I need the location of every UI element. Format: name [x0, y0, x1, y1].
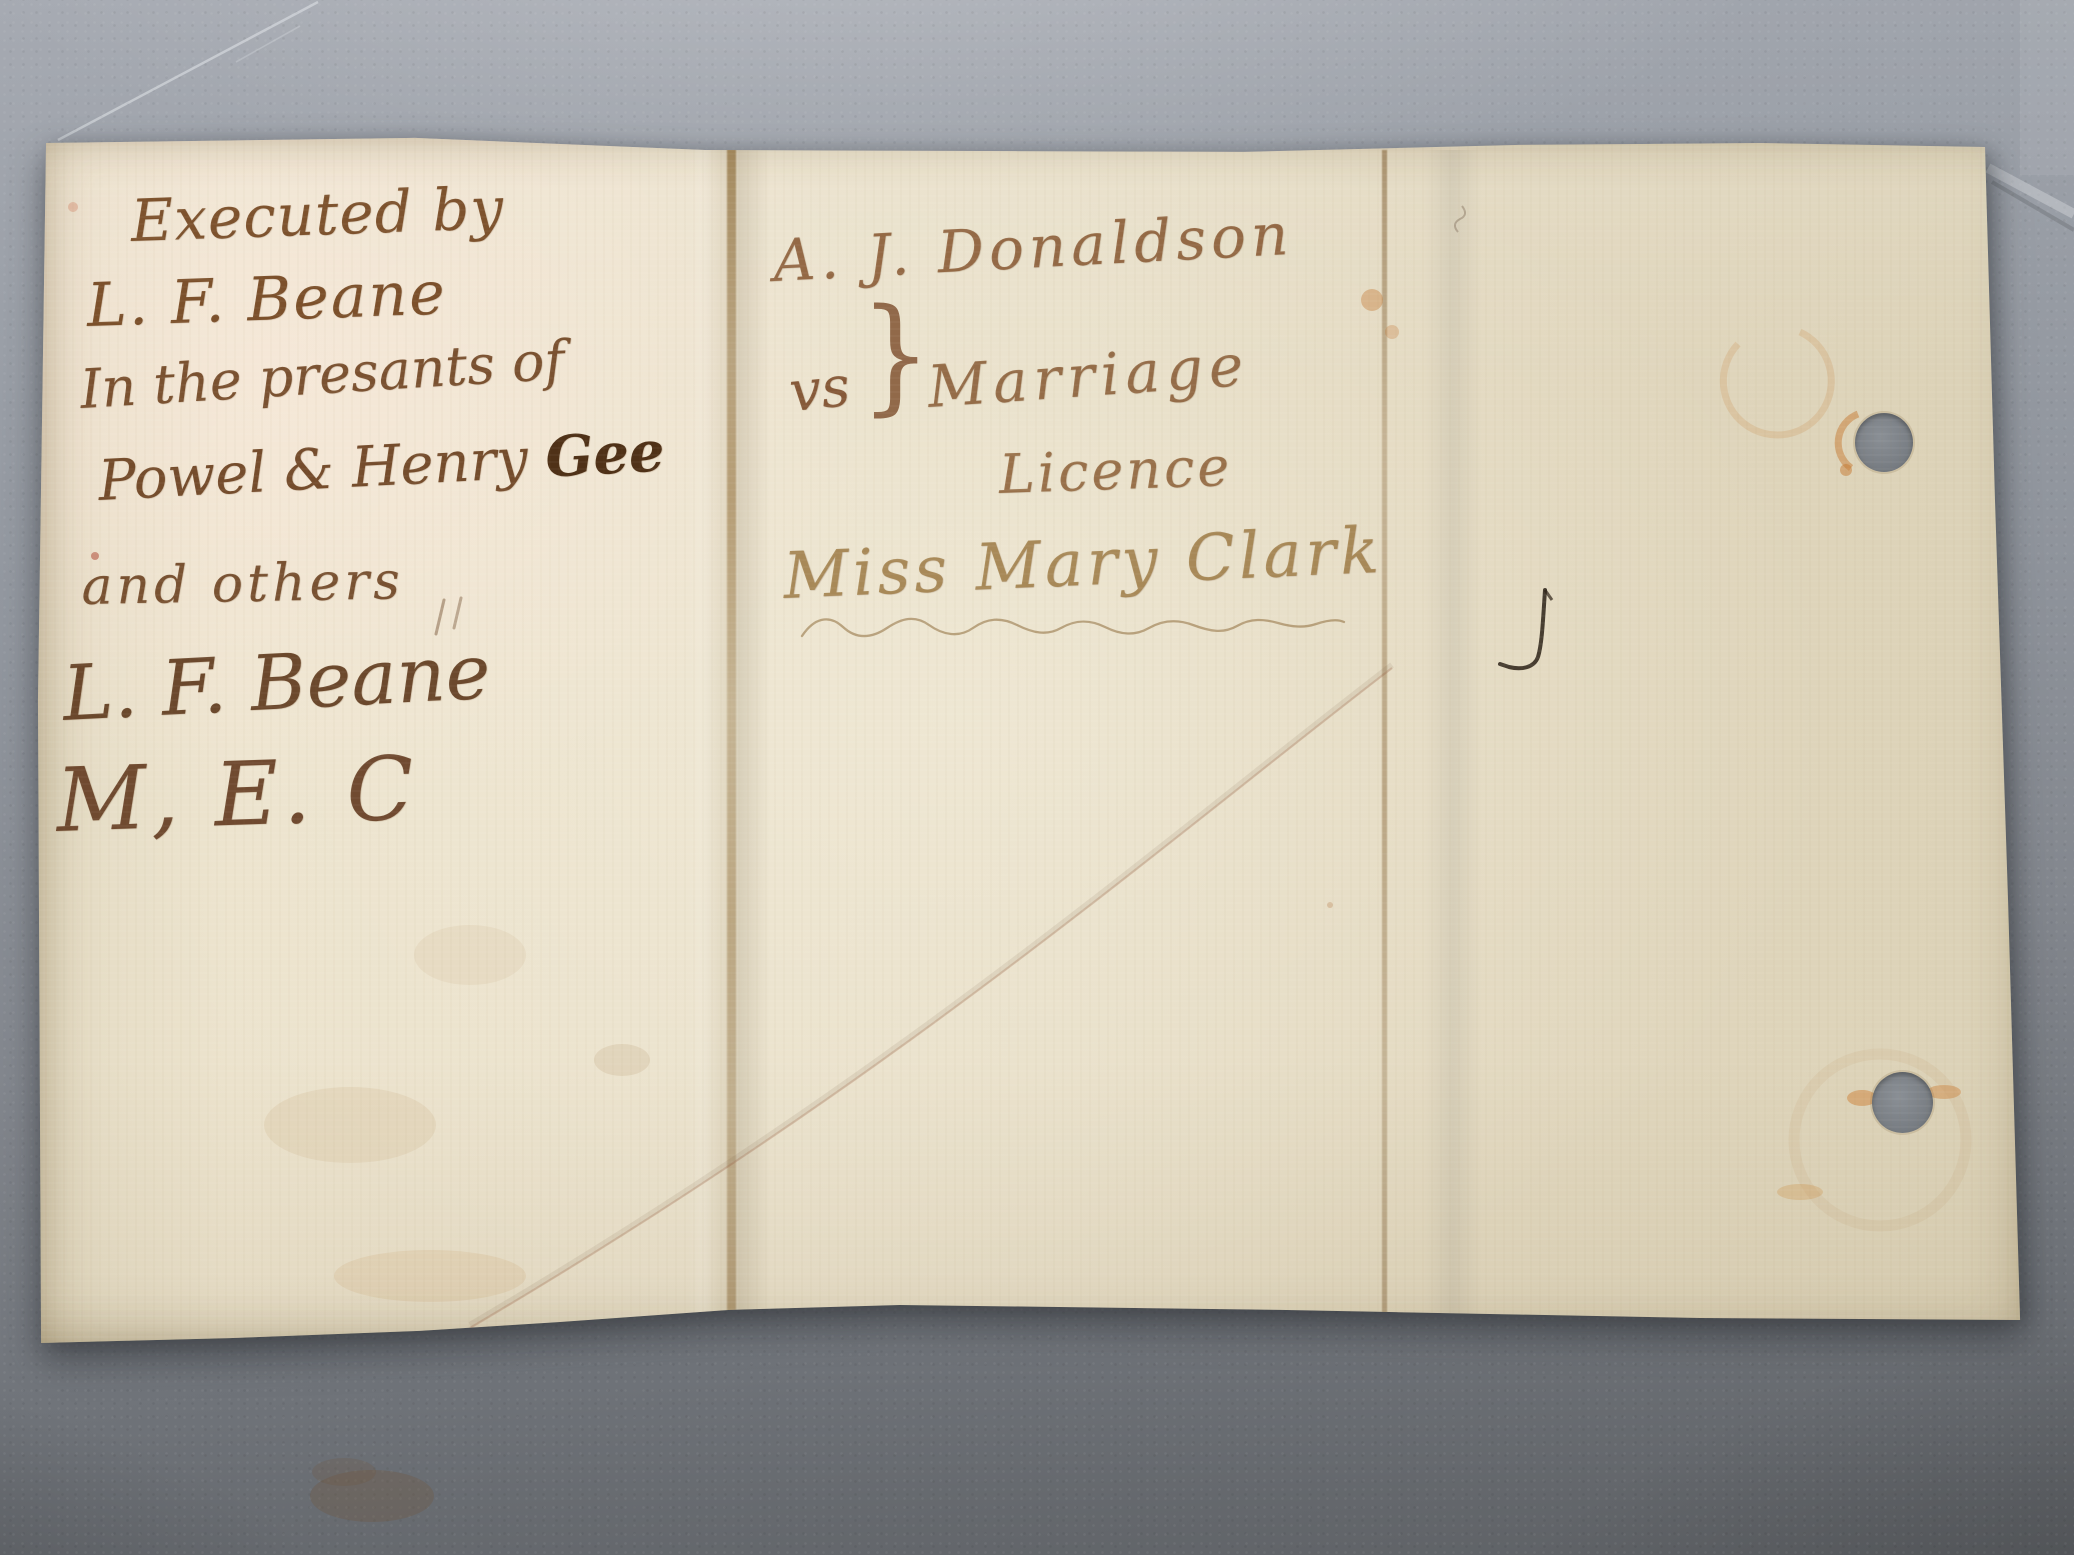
- handwriting-and-others: and others: [81, 551, 404, 617]
- document-paper: Executed by L. F. Beane In the presants …: [0, 0, 2074, 1555]
- handwriting-executed-by: Executed by: [130, 174, 505, 255]
- punch-hole-top: [1855, 413, 1913, 472]
- left-fold-highlight: [688, 143, 718, 1313]
- handwriting-org-initials: M, E. C: [54, 736, 419, 852]
- left-fold-crease-line: [727, 145, 736, 1313]
- handwriting-presence-line: In the presants of: [78, 329, 566, 421]
- handwriting-brace-glyph: }: [860, 282, 931, 428]
- faint-pencil-scribble: [1455, 206, 1465, 232]
- small-ditto-mark: [436, 598, 461, 634]
- handwriting-grantor-name: L. F. Beane: [86, 258, 448, 341]
- handwriting-party2-name: Miss Mary Clark: [782, 514, 1384, 614]
- punch-hole-bottom: [1872, 1072, 1933, 1133]
- handwriting-subject-licence: Licence: [998, 435, 1233, 506]
- paper-edge-vignette: [38, 138, 2022, 1345]
- paper-age-stains: [68, 202, 1333, 1302]
- rust-stains: [1361, 289, 1966, 1226]
- underline-flourish: [802, 619, 1344, 636]
- ink-mark-numeral: [1500, 590, 1552, 668]
- handwriting-witnesses-names: Powel & Henry: [97, 426, 548, 514]
- handwriting-witnesses-line: Powel & Henry Gee: [97, 418, 667, 514]
- handwriting-witness-surname-gee: Gee: [544, 418, 666, 490]
- paper-shadow-wrap: Executed by L. F. Beane In the presants …: [0, 0, 2074, 1555]
- diagonal-crease-line: [470, 665, 1392, 1328]
- ink-and-stain-overlay: [0, 0, 2074, 1555]
- right-fold-crease-line: [1382, 150, 1387, 1318]
- left-fold-shading: [700, 143, 770, 1313]
- handwriting-party1-name: A. J. Donaldson: [771, 200, 1294, 295]
- handwriting-subject-marriage: Marriage: [925, 331, 1251, 421]
- handwriting-signature: L. F. Beane: [60, 627, 492, 738]
- handwriting-versus: vs: [786, 354, 853, 425]
- right-fold-shading: [1424, 150, 1482, 1318]
- photograph-of-document: Executed by L. F. Beane In the presants …: [0, 0, 2074, 1555]
